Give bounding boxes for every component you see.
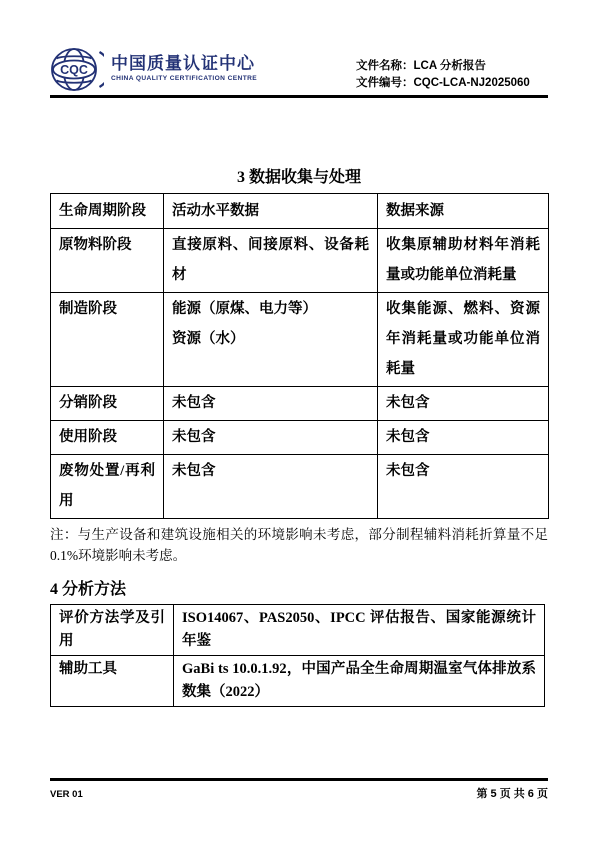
cell-label: 评价方法学及引用 — [51, 605, 174, 656]
cell-source: 未包含 — [378, 455, 549, 519]
cell-value: GaBi ts 10.0.1.92，中国产品全生命周期温室气体排放系数集（202… — [174, 656, 545, 707]
section4-title: 4 分析方法 — [50, 579, 548, 601]
table-row-distribution: 分销阶段 未包含 未包含 — [51, 387, 549, 421]
version-label: VER 01 — [50, 789, 83, 800]
document-page: CQC 中国质量认证中心 CHINA QUALITY CERTIFICATION… — [0, 0, 595, 841]
table-note: 注：与生产设备和建筑设施相关的环境影响未考虑，部分制程辅料消耗折算量不足 0.1… — [50, 524, 548, 566]
file-number-line: 文件编号：CQC-LCA-NJ2025060 — [356, 75, 548, 92]
cell-label: 辅助工具 — [51, 656, 174, 707]
cell-activity: 直接原料、间接原料、设备耗材 — [164, 229, 378, 293]
table-row-methodology: 评价方法学及引用 ISO14067、PAS2050、IPCC 评估报告、国家能源… — [51, 605, 545, 656]
cell-activity: 未包含 — [164, 455, 378, 519]
col-header-activity-data: 活动水平数据 — [164, 194, 378, 229]
cell-source: 未包含 — [378, 421, 549, 455]
col-header-lifecycle-stage: 生命周期阶段 — [51, 194, 164, 229]
analysis-method-table: 评价方法学及引用 ISO14067、PAS2050、IPCC 评估报告、国家能源… — [50, 604, 545, 707]
col-header-data-source: 数据来源 — [378, 194, 549, 229]
cqc-globe-icon: CQC — [50, 46, 104, 93]
cqc-acronym: CQC — [60, 63, 88, 77]
cell-stage: 废物处置/再利用 — [51, 455, 164, 519]
cell-value: ISO14067、PAS2050、IPCC 评估报告、国家能源统计年鉴 — [174, 605, 545, 656]
document-meta: 文件名称：LCA 分析报告 文件编号：CQC-LCA-NJ2025060 — [356, 58, 548, 93]
page-number: 第 5 页 共 6 页 — [476, 785, 548, 801]
cell-source: 未包含 — [378, 387, 549, 421]
data-collection-table: 生命周期阶段 活动水平数据 数据来源 原物料阶段 直接原料、间接原料、设备耗材 … — [50, 193, 549, 519]
cell-source: 收集能源、燃料、资源年消耗量或功能单位消耗量 — [378, 293, 549, 387]
cqc-logo: CQC 中国质量认证中心 CHINA QUALITY CERTIFICATION… — [50, 46, 257, 93]
cell-stage: 原物料阶段 — [51, 229, 164, 293]
table-row-tools: 辅助工具 GaBi ts 10.0.1.92，中国产品全生命周期温室气体排放系数… — [51, 656, 545, 707]
cell-stage: 制造阶段 — [51, 293, 164, 387]
cell-stage: 使用阶段 — [51, 421, 164, 455]
table-header-row: 生命周期阶段 活动水平数据 数据来源 — [51, 194, 549, 229]
cell-activity: 未包含 — [164, 387, 378, 421]
table-row-manufacturing: 制造阶段 能源（原煤、电力等） 资源（水） 收集能源、燃料、资源年消耗量或功能单… — [51, 293, 549, 387]
table-row-disposal-reuse: 废物处置/再利用 未包含 未包含 — [51, 455, 549, 519]
file-name-line: 文件名称：LCA 分析报告 — [356, 58, 548, 75]
cell-source: 收集原辅助材料年消耗量或功能单位消耗量 — [378, 229, 549, 293]
cell-stage: 分销阶段 — [51, 387, 164, 421]
cell-activity: 能源（原煤、电力等） 资源（水） — [164, 293, 378, 387]
footer-rule — [50, 778, 548, 781]
page-footer: VER 01 第 5 页 共 6 页 — [50, 778, 548, 801]
page-header: CQC 中国质量认证中心 CHINA QUALITY CERTIFICATION… — [50, 0, 548, 93]
table-row-raw-material: 原物料阶段 直接原料、间接原料、设备耗材 收集原辅助材料年消耗量或功能单位消耗量 — [51, 229, 549, 293]
cell-activity: 未包含 — [164, 421, 378, 455]
table-row-use: 使用阶段 未包含 未包含 — [51, 421, 549, 455]
brand-name-en: CHINA QUALITY CERTIFICATION CENTRE — [111, 74, 257, 83]
brand-names: 中国质量认证中心 CHINA QUALITY CERTIFICATION CEN… — [111, 54, 257, 85]
header-rule — [50, 95, 548, 98]
section3-title: 3 数据收集与处理 — [50, 167, 548, 189]
brand-name-cn: 中国质量认证中心 — [111, 54, 257, 74]
